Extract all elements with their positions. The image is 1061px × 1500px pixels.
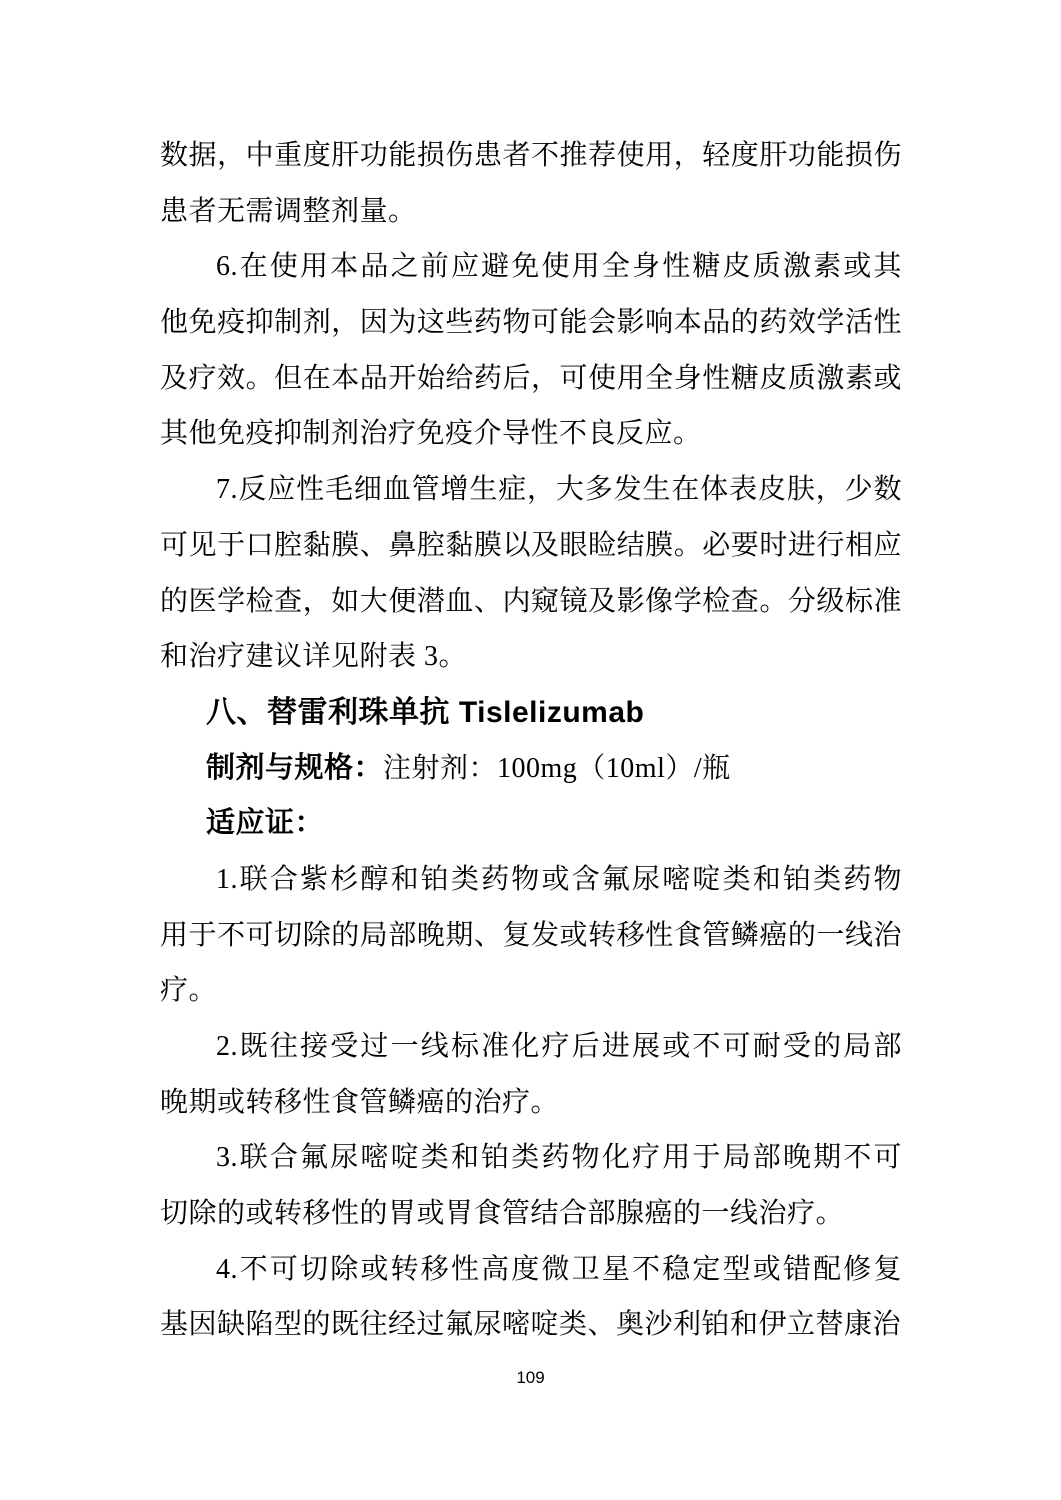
text-line: 他免疫抑制剂，因为这些药物可能会影响本品的药效学活性	[160, 295, 902, 351]
field-value: 注射剂：100mg（10ml）/瓶	[383, 753, 731, 784]
text-line: 及疗效。但在本品开始给药后，可使用全身性糖皮质激素或	[160, 351, 902, 407]
text-line: 的医学检查，如大便潜血、内窥镜及影像学检查。分级标准	[160, 574, 902, 630]
text-line: 切除的或转移性的胃或胃食管结合部腺癌的一线治疗。	[160, 1186, 902, 1242]
page-number: 109	[0, 1368, 1061, 1388]
text-line: 患者无需调整剂量。	[160, 184, 902, 240]
text-line: 基因缺陷型的既往经过氟尿嘧啶类、奥沙利铂和伊立替康治	[160, 1297, 902, 1353]
text-line: 晚期或转移性食管鳞癌的治疗。	[160, 1075, 902, 1131]
text-line: 数据，中重度肝功能损伤患者不推荐使用，轻度肝功能损伤	[160, 128, 902, 184]
text-line: 适应证：	[160, 796, 902, 852]
section-heading: 八、替雷利珠单抗 Tislelizumab	[160, 685, 902, 741]
text-line: 疗。	[160, 963, 902, 1019]
text-line: 3.联合氟尿嘧啶类和铂类药物化疗用于局部晚期不可	[160, 1130, 902, 1186]
text-line: 可见于口腔黏膜、鼻腔黏膜以及眼睑结膜。必要时进行相应	[160, 518, 902, 574]
text-line: 4.不可切除或转移性高度微卫星不稳定型或错配修复	[160, 1242, 902, 1298]
text-line: 1.联合紫杉醇和铂类药物或含氟尿嘧啶类和铂类药物	[160, 852, 902, 908]
field-label: 适应证：	[206, 807, 324, 839]
document-body: 数据，中重度肝功能损伤患者不推荐使用，轻度肝功能损伤患者无需调整剂量。6.在使用…	[160, 128, 902, 1353]
text-line: 制剂与规格：注射剂：100mg（10ml）/瓶	[160, 741, 902, 797]
field-label: 制剂与规格：	[206, 752, 383, 784]
text-line: 用于不可切除的局部晚期、复发或转移性食管鳞癌的一线治	[160, 908, 902, 964]
text-line: 6.在使用本品之前应避免使用全身性糖皮质激素或其	[160, 239, 902, 295]
text-line: 和治疗建议详见附表 3。	[160, 629, 902, 685]
document-page: 数据，中重度肝功能损伤患者不推荐使用，轻度肝功能损伤患者无需调整剂量。6.在使用…	[0, 0, 1061, 1500]
text-line: 7.反应性毛细血管增生症，大多发生在体表皮肤，少数	[160, 462, 902, 518]
text-line: 其他免疫抑制剂治疗免疫介导性不良反应。	[160, 406, 902, 462]
text-line: 2.既往接受过一线标准化疗后进展或不可耐受的局部	[160, 1019, 902, 1075]
